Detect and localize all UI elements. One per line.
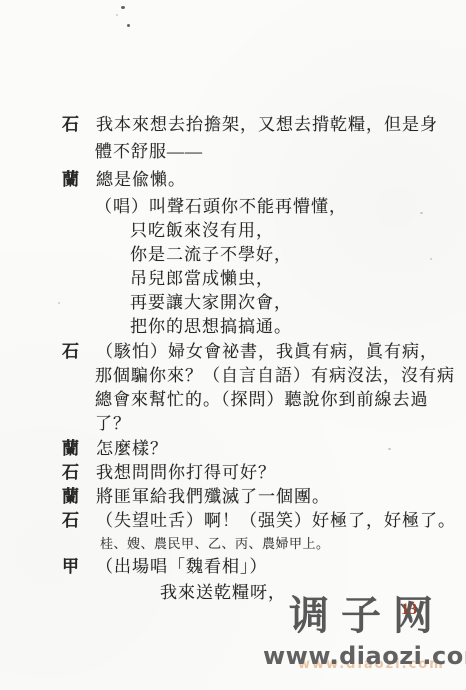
speaker-label: 蘭 [62, 482, 96, 507]
speaker-label: 石 [62, 337, 96, 362]
dialogue-text: 了？ [95, 414, 131, 433]
script-line: 石（失望吐舌）啊！（强笑）好極了，好極了。 [62, 506, 456, 531]
stage-direction-text: 桂、嫂、農民甲、乙、丙、農婦甲上。 [100, 536, 330, 551]
dialogue-text: 怎麼樣？ [96, 439, 168, 458]
dialogue-text: 我本來想去抬擔架，又想去揹乾糧，但是身 [96, 115, 438, 134]
dialogue-text: 那個騙你來？（自言自語）有病沒法，沒有病 [95, 366, 455, 385]
dialogue-text: 我想問問你打得可好？ [96, 463, 276, 482]
script-line: 石（駭怕）婦女會祕書，我眞有病，眞有病， [62, 337, 438, 362]
watermark-site-url: www.diaozi.com [263, 644, 466, 668]
lyric-text: 我來送乾糧呀， [160, 583, 286, 602]
speaker-label: 石 [62, 110, 96, 135]
script-line: 蘭怎麼樣？ [62, 434, 168, 459]
scan-artifact [116, 14, 118, 16]
script-line: 你是二流子不學好， [130, 240, 292, 265]
script-line: 石我想問問你打得可好？ [62, 458, 276, 483]
script-line: 石我本來想去抬擔架，又想去揹乾糧，但是身 [62, 110, 438, 135]
script-line: 總會來幫忙的。（探問）聽說你到前線去過 [95, 385, 429, 410]
dialogue-text: （出場唱「魏看相」） [96, 557, 268, 576]
script-line: 蘭總是偸懶。 [62, 165, 186, 190]
watermark-site-name: 调子网 [289, 596, 445, 636]
dialogue-text: 將匪軍給我們殲滅了一個團。 [96, 487, 330, 506]
dialogue-text: 總是偸懶。 [96, 170, 186, 189]
scan-artifact [127, 24, 130, 27]
scan-artifact [388, 448, 391, 450]
script-line: 那個騙你來？（自言自語）有病沒法，沒有病 [95, 361, 455, 386]
script-line: 我來送乾糧呀， [160, 578, 286, 603]
script-line: （唱）叫聲石頭你不能再懵懂， [95, 192, 347, 217]
scan-artifact [430, 258, 432, 260]
scan-artifact [420, 212, 423, 214]
speaker-label: 蘭 [62, 165, 96, 190]
page-number: 13 [401, 601, 417, 619]
speaker-label: 石 [62, 458, 96, 483]
stage-direction: 桂、嫂、農民甲、乙、丙、農婦甲上。 [100, 533, 330, 552]
scanned-script-page: 石我本來想去抬擔架，又想去揹乾糧，但是身 體不舒服—— 蘭總是偸懶。 （唱）叫聲… [0, 0, 466, 690]
scan-artifact [58, 302, 60, 304]
dialogue-text: 總會來幫忙的。（探問）聽說你到前線去過 [95, 390, 429, 409]
scan-artifact [121, 6, 125, 9]
script-line: 蘭將匪軍給我們殲滅了一個團。 [62, 482, 330, 507]
speaker-label: 石 [62, 506, 96, 531]
script-line: 再要讓大家開次會， [130, 288, 292, 313]
lyric-text: （唱）叫聲石頭你不能再懵懂， [95, 197, 347, 216]
script-line: 了？ [95, 409, 131, 434]
dialogue-text: （失望吐舌）啊！（强笑）好極了，好極了。 [96, 511, 456, 530]
script-line: 吊兒郎當成懶虫， [130, 264, 274, 289]
script-line: 體不舒服—— [95, 137, 203, 162]
lyric-text: 你是二流子不學好， [130, 245, 292, 264]
speaker-label: 甲 [62, 552, 96, 577]
lyric-text: 只吃飯來沒有用， [130, 221, 274, 240]
lyric-text: 吊兒郎當成懶虫， [130, 269, 274, 288]
script-line: 把你的思想搞搞通。 [130, 312, 292, 337]
dialogue-text: 體不舒服—— [95, 142, 203, 161]
lyric-text: 再要讓大家開次會， [130, 293, 292, 312]
script-line: 甲（出場唱「魏看相」） [62, 552, 268, 577]
dialogue-text: （駭怕）婦女會祕書，我眞有病，眞有病， [96, 342, 438, 361]
lyric-text: 把你的思想搞搞通。 [130, 317, 292, 336]
script-line: 只吃飯來沒有用， [130, 216, 274, 241]
speaker-label: 蘭 [62, 434, 96, 459]
